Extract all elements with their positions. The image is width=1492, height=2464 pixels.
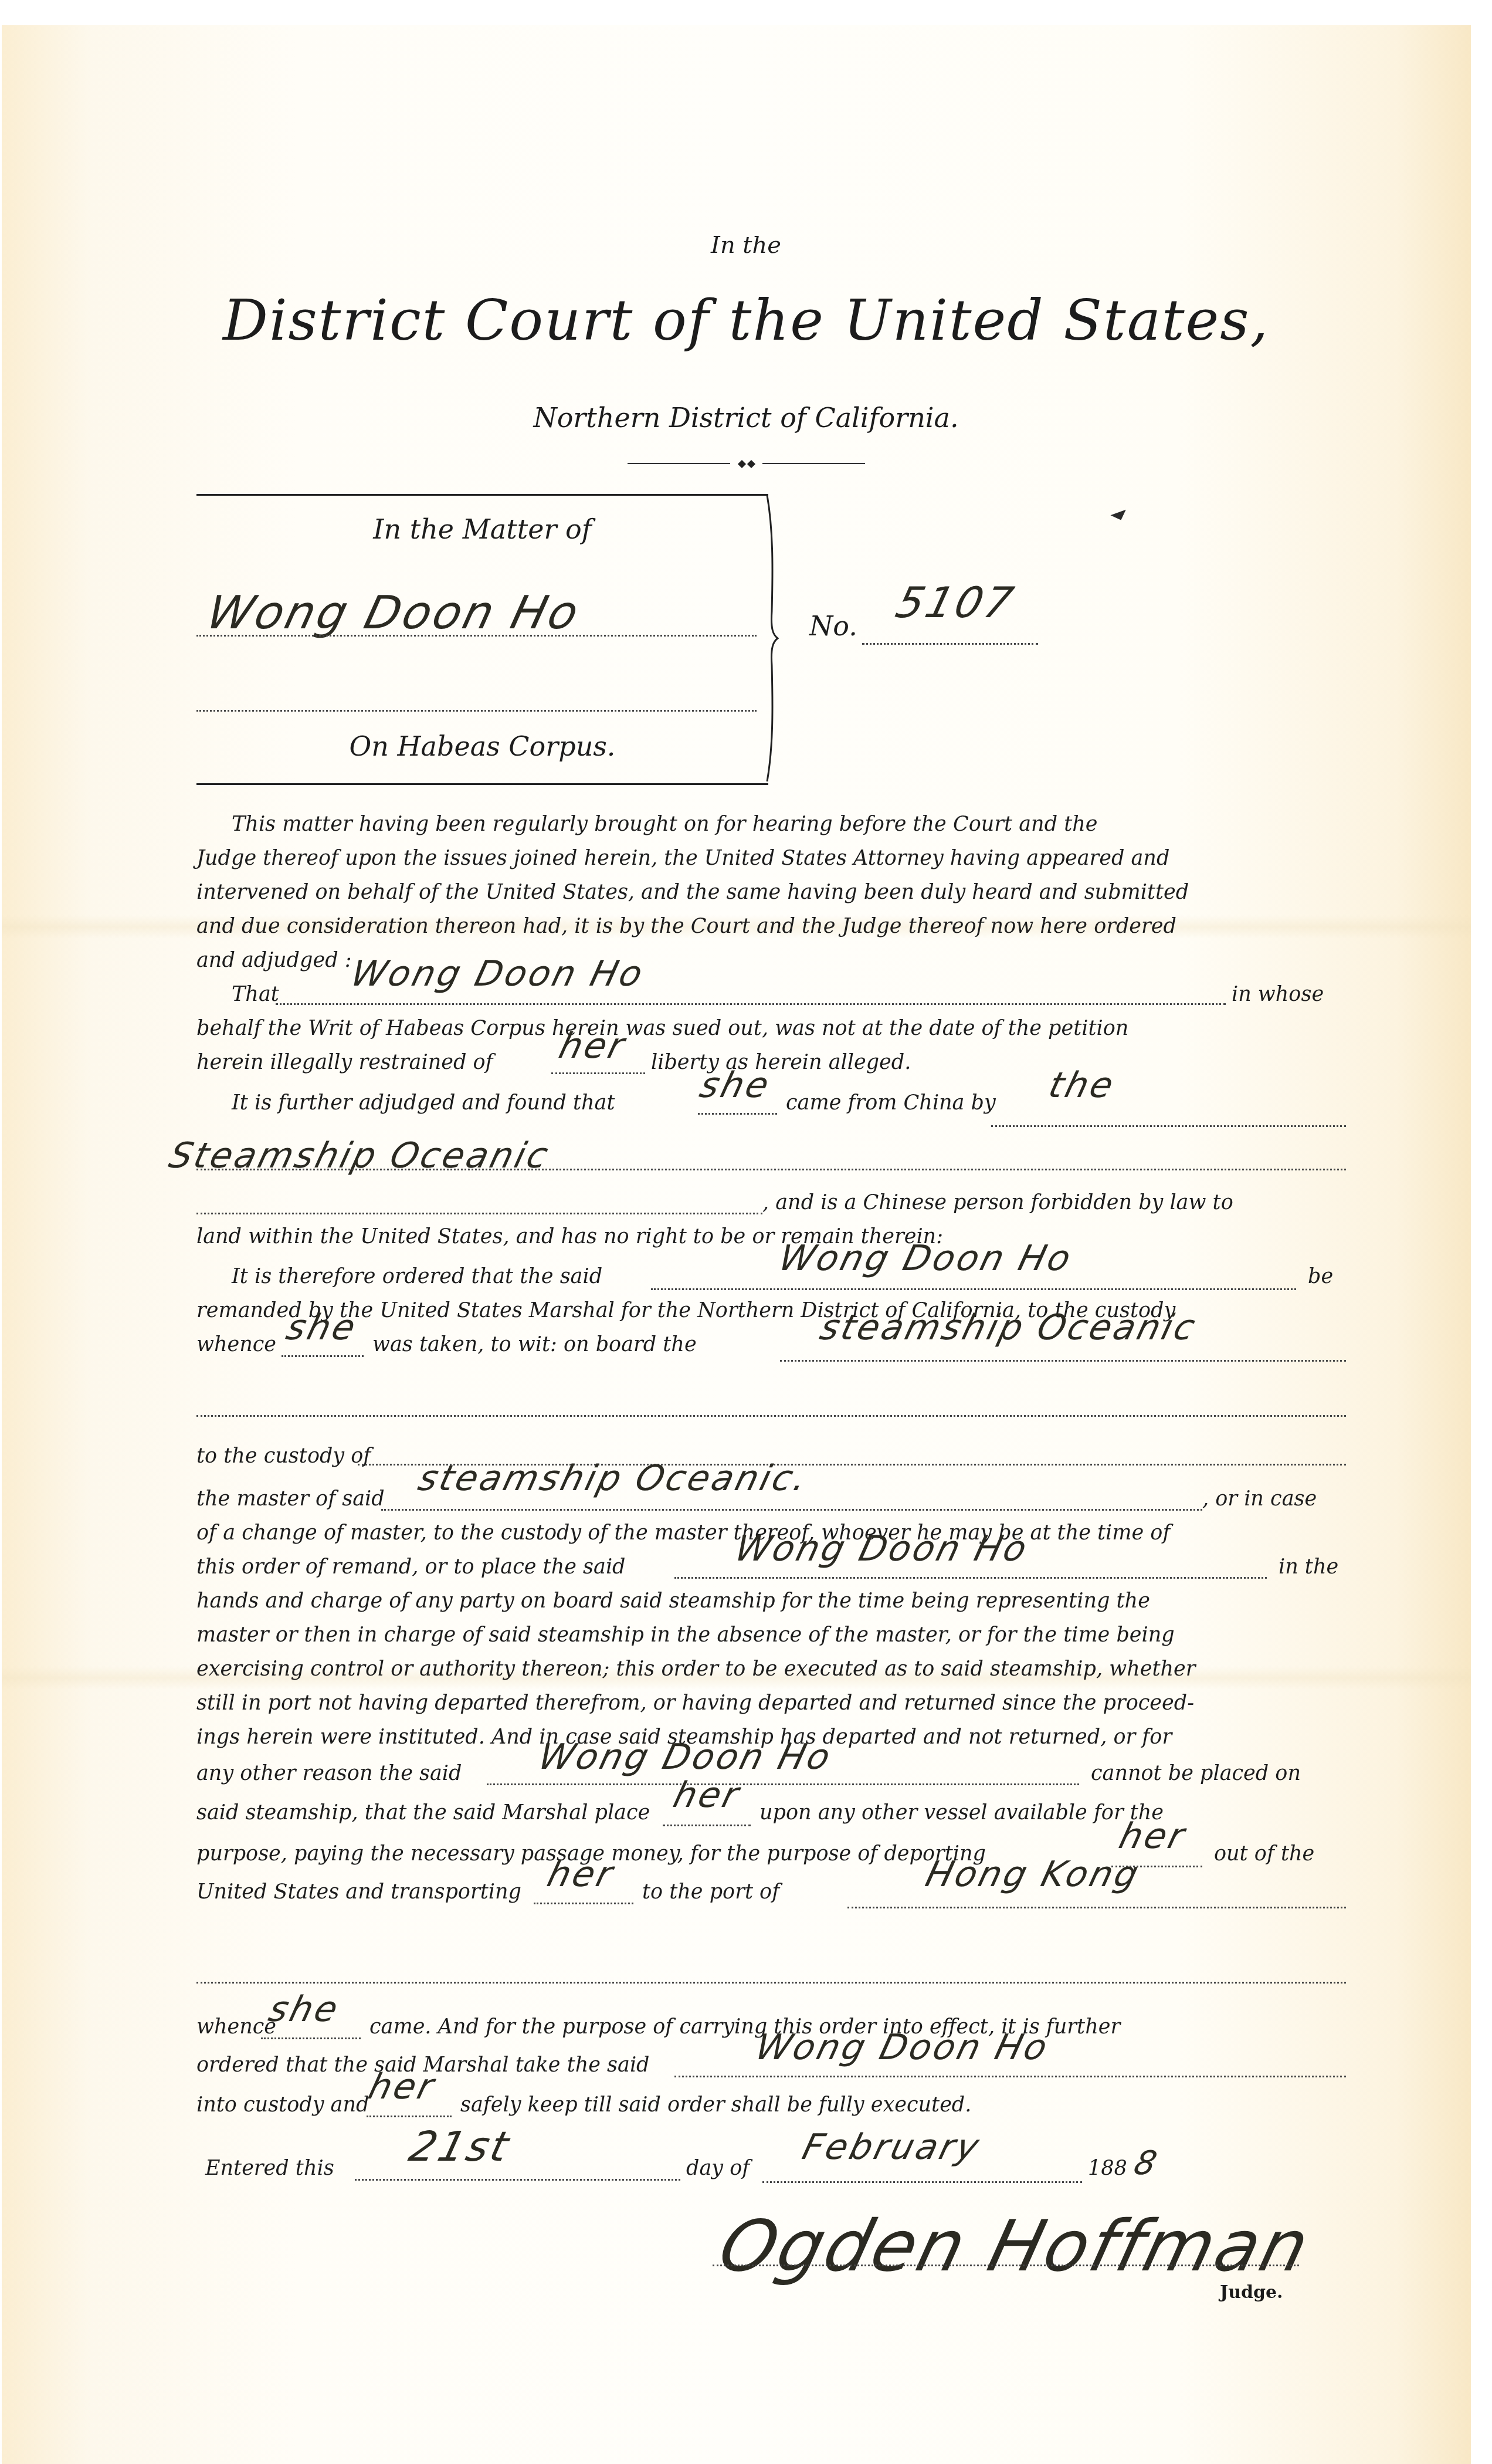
line-prefix: United States and transporting (196, 1880, 521, 1904)
district-title: Northern District of California. (0, 402, 1492, 434)
recital-line: and due consideration thereon had, it is… (196, 915, 1346, 938)
line-suffix: liberty as herein alleged. (651, 1051, 911, 1074)
line-prefix: to the custody of (196, 1444, 371, 1468)
body-line: still in port not having departed theref… (196, 1691, 1346, 1715)
body-line: master or then in charge of said steamsh… (196, 1623, 1346, 1647)
proceeding-label: On Habeas Corpus. (196, 730, 768, 762)
dotted-rule (862, 643, 1038, 645)
judge-signature: Ogden Hoffman (711, 2206, 1319, 2287)
court-title: District Court of the United States, (0, 287, 1492, 353)
line-suffix: , or in case (1202, 1487, 1317, 1511)
pronoun-field[interactable]: she (265, 1989, 344, 2030)
line-suffix: cannot be placed on (1091, 1762, 1301, 1785)
judge-title: Judge. (1220, 2282, 1283, 2303)
dotted-rule (663, 1825, 751, 1826)
line-suffix: safely keep till said order shall be ful… (460, 2093, 971, 2117)
dotted-rule (534, 1903, 633, 1904)
dotted-rule (196, 1982, 1346, 1984)
dotted-rule (674, 2076, 1346, 2077)
year-prefix: 188 (1088, 2157, 1127, 2180)
dotted-rule (651, 1288, 1296, 1290)
pronoun-field[interactable]: she (282, 1307, 362, 1348)
dotted-rule (196, 1213, 762, 1214)
vessel-field[interactable]: steamship Oceanic (816, 1307, 1201, 1348)
name-field[interactable]: Wong Doon Ho (731, 1528, 1033, 1569)
case-number-field[interactable]: 5107 (891, 578, 1020, 627)
vessel-field[interactable]: steamship Oceanic. (414, 1458, 813, 1499)
line-prefix: whence (196, 1333, 276, 1356)
vessel-field[interactable]: the (1045, 1065, 1120, 1106)
line-mid: was taken, to wit: on board the (372, 1333, 697, 1356)
dotted-rule (674, 1577, 1267, 1579)
pronoun-field[interactable]: her (1115, 1816, 1191, 1857)
body-line: behalf the Writ of Habeas Corpus herein … (196, 1017, 1346, 1040)
matter-label: In the Matter of (196, 513, 768, 545)
month-field[interactable]: February (798, 2127, 985, 2168)
line-prefix: whence (196, 2015, 276, 2039)
pronoun-field[interactable]: her (669, 1775, 745, 1816)
line-prefix: It is further adjudged and found that (232, 1091, 615, 1115)
pronoun-field[interactable]: her (555, 1025, 630, 1067)
dotted-rule (196, 1169, 1346, 1170)
line-suffix: in whose (1232, 983, 1324, 1006)
day-of-label: day of (686, 2157, 750, 2180)
line-prefix: herein illegally restrained of (196, 1051, 493, 1074)
line-suffix: , and is a Chinese person forbidden by l… (762, 1191, 1233, 1214)
name-field[interactable]: Wong Doon Ho (775, 1238, 1077, 1279)
case-number-label: No. (809, 610, 857, 642)
dotted-rule (991, 1125, 1346, 1127)
name-field[interactable]: Wong Doon Ho (751, 2027, 1053, 2068)
line-prefix: any other reason the said (196, 1762, 462, 1785)
dotted-rule (282, 1355, 364, 1357)
line-mid: came from China by (786, 1091, 996, 1115)
pronoun-field[interactable]: her (364, 2066, 440, 2107)
dotted-rule (355, 2179, 680, 2181)
that-label: That (232, 983, 279, 1006)
recital-line: Judge thereof upon the issues joined her… (196, 847, 1346, 870)
line-prefix: said steamship, that the said Marshal pl… (196, 1801, 650, 1825)
recital-line: This matter having been regularly brough… (232, 813, 1381, 836)
dotted-rule (847, 1907, 1346, 1908)
line-prefix: into custody and (196, 2093, 369, 2117)
signature-line (713, 2265, 1299, 2266)
line-prefix: It is therefore ordered that the said (232, 1265, 602, 1288)
line-suffix: out of the (1214, 1842, 1314, 1866)
pronoun-field[interactable]: her (543, 1854, 619, 1895)
petitioner-name-field[interactable]: Wong Doon Ho (202, 587, 586, 639)
line-prefix: this order of remand, or to place the sa… (196, 1555, 625, 1579)
dotted-rule (261, 2037, 361, 2039)
dotted-rule (487, 1783, 1079, 1785)
recital-line: intervened on behalf of the United State… (196, 881, 1346, 904)
pronoun-field[interactable]: she (696, 1065, 775, 1106)
dotted-rule (367, 2116, 452, 2117)
entered-label: Entered this (205, 2157, 334, 2180)
ornament-divider (628, 461, 865, 466)
dotted-rule (381, 1509, 1202, 1511)
line-prefix: the master of said (196, 1487, 385, 1511)
dotted-rule (698, 1113, 777, 1115)
body-line: exercising control or authority thereon;… (196, 1657, 1346, 1681)
body-line: land within the United States, and has n… (196, 1225, 1346, 1248)
day-field[interactable]: 21st (405, 2123, 516, 2171)
dotted-rule (196, 635, 757, 637)
name-field[interactable]: Wong Doon Ho (534, 1737, 836, 1778)
dotted-rule (196, 710, 757, 712)
dotted-rule (551, 1072, 645, 1074)
dotted-rule (762, 2181, 1082, 2183)
line-suffix: be (1308, 1265, 1333, 1288)
header-preamble: In the (0, 232, 1492, 259)
line-mid: to the port of (642, 1880, 779, 1904)
dotted-rule (780, 1360, 1346, 1362)
body-line: hands and charge of any party on board s… (196, 1589, 1346, 1613)
dotted-rule (276, 1003, 1226, 1005)
name-field[interactable]: Wong Doon Ho (347, 953, 649, 994)
line-suffix: in the (1279, 1555, 1338, 1579)
dotted-rule (196, 1415, 1346, 1417)
port-field[interactable]: Hong Kong (921, 1854, 1144, 1895)
line-suffix: upon any other vessel available for the (759, 1801, 1164, 1825)
